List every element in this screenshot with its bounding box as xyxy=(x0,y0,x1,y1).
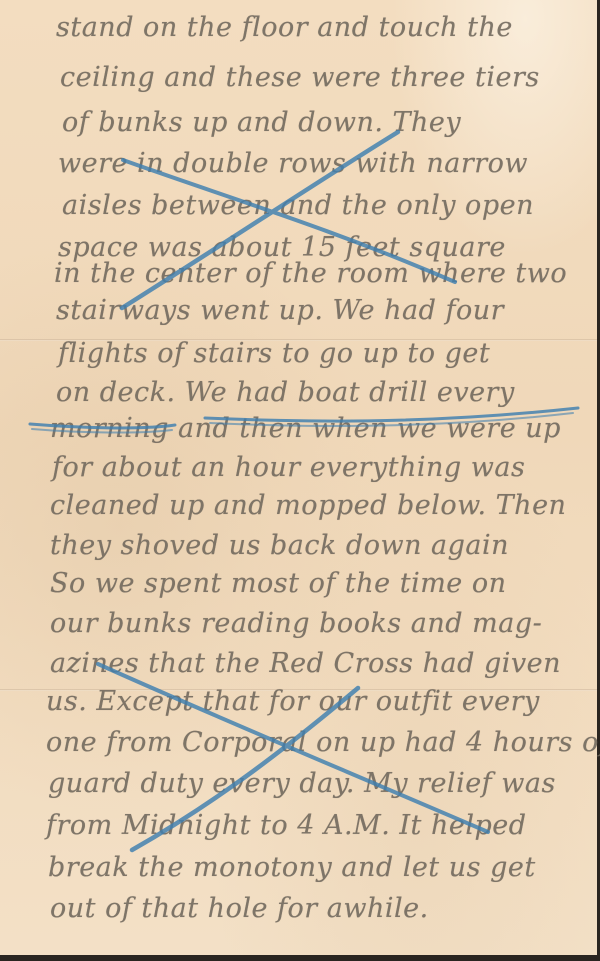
cross-out-x-mark-lower xyxy=(98,664,488,832)
cross-out-x-mark-upper xyxy=(122,132,398,308)
letter-page: stand on the floor and touch the ceiling… xyxy=(0,0,597,955)
cross-out-x-mark-lower xyxy=(132,688,358,850)
underline-mark xyxy=(205,408,578,421)
blue-pencil-annotations xyxy=(0,0,600,961)
cross-out-x-mark-upper xyxy=(123,160,455,282)
underline-mark xyxy=(32,429,172,433)
underline-mark xyxy=(30,424,175,428)
